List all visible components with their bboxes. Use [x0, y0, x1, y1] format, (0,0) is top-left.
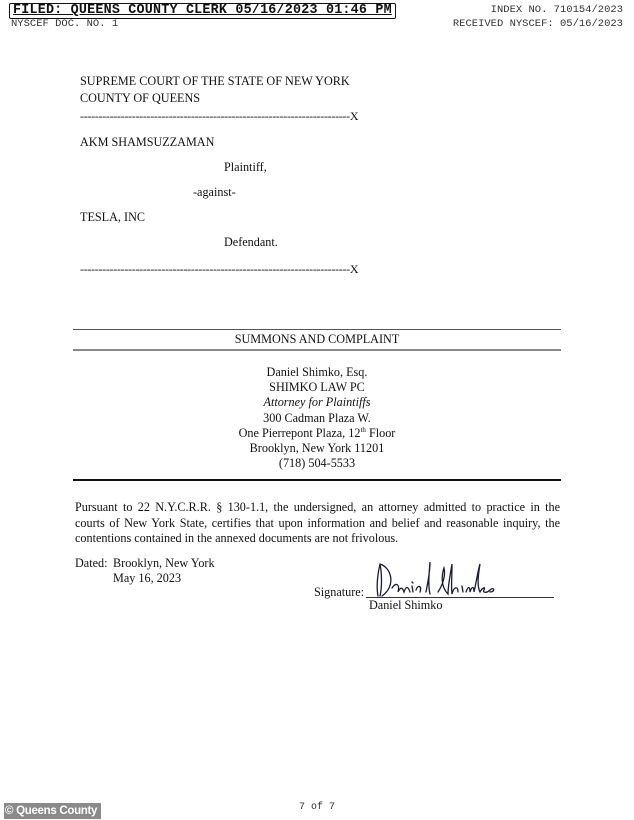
- defendant-role: Defendant.: [224, 235, 278, 250]
- index-number: INDEX NO. 710154/2023: [491, 4, 623, 16]
- filed-banner: FILED: QUEENS COUNTY CLERK 05/16/2023 01…: [9, 3, 396, 19]
- address-city: Brooklyn, New York 11201: [73, 441, 561, 456]
- copyright-watermark: © Queens County: [4, 803, 101, 819]
- section-rule: [73, 479, 561, 481]
- title-rule-top: [73, 329, 561, 330]
- dated-date: May 16, 2023: [113, 571, 181, 586]
- caption-separator-top: ----------------------------------------…: [80, 109, 358, 124]
- against-label: -against-: [193, 185, 236, 200]
- document-title: SUMMONS AND COMPLAINT: [73, 332, 561, 347]
- received-date: RECEIVED NYSCEF: 05/16/2023: [453, 18, 623, 30]
- phone-number: (718) 504-5533: [73, 456, 561, 471]
- attorney-name: Daniel Shimko, Esq.: [73, 365, 561, 380]
- law-firm: SHIMKO LAW PC: [73, 380, 561, 395]
- signature-label: Signature:: [314, 585, 364, 600]
- caption-separator-bottom: ----------------------------------------…: [80, 262, 358, 277]
- address-line-1: 300 Cadman Plaza W.: [73, 411, 561, 426]
- attorney-role: Attorney for Plaintiffs: [73, 395, 561, 410]
- nyscef-doc-number: NYSCEF DOC. NO. 1: [11, 18, 118, 30]
- address-line-2: One Pierrepont Plaza, 12th Floor: [73, 426, 561, 441]
- handwritten-signature: [372, 558, 512, 600]
- signer-printed-name: Daniel Shimko: [369, 598, 442, 613]
- attorney-block: Daniel Shimko, Esq. SHIMKO LAW PC Attorn…: [73, 365, 561, 471]
- title-rule-bottom: [73, 349, 561, 351]
- plaintiff-role: Plaintiff,: [224, 160, 267, 175]
- defendant-name: TESLA, INC: [80, 210, 145, 225]
- dated-place: Brooklyn, New York: [113, 556, 215, 571]
- page-number: 7 of 7: [299, 802, 335, 813]
- dated-label: Dated:: [75, 556, 108, 571]
- certification-paragraph: Pursuant to 22 N.Y.C.R.R. § 130-1.1, the…: [75, 500, 560, 547]
- county-name: COUNTY OF QUEENS: [80, 91, 200, 106]
- plaintiff-name: AKM SHAMSUZZAMAN: [80, 135, 214, 150]
- court-name: SUPREME COURT OF THE STATE OF NEW YORK: [80, 74, 350, 89]
